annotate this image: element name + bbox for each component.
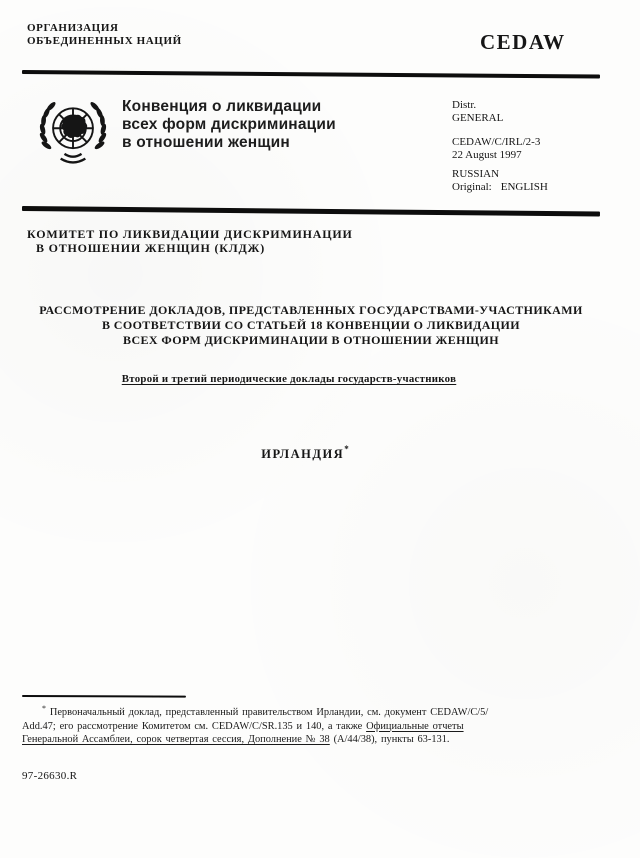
report-title-line3: ВСЕХ ФОРМ ДИСКРИМИНАЦИИ В ОТНОШЕНИИ ЖЕНЩ… xyxy=(22,333,600,348)
distr-label: Distr. xyxy=(452,99,548,112)
committee-line1: КОМИТЕТ ПО ЛИКВИДАЦИИ ДИСКРИМИНАЦИИ xyxy=(27,227,353,241)
original-label: Original: xyxy=(452,181,492,193)
footnote-line2: Add.47; его рассмотрение Комитетом см. C… xyxy=(22,720,616,734)
doc-meta: Distr. GENERAL CEDAW/C/IRL/2-3 22 August… xyxy=(452,99,548,194)
committee-heading: КОМИТЕТ ПО ЛИКВИДАЦИИ ДИСКРИМИНАЦИИ В ОТ… xyxy=(27,227,353,255)
footnote-marker: * xyxy=(42,704,46,713)
footnote-line3-citation: Генеральной Ассамблеи, сорок четвертая с… xyxy=(22,734,330,745)
country-name: ИРЛАНДИЯ* xyxy=(0,444,610,462)
report-title: РАССМОТРЕНИЕ ДОКЛАДОВ, ПРЕДСТАВЛЕННЫХ ГО… xyxy=(22,303,600,348)
original-value: ENGLISH xyxy=(501,181,548,193)
footnote-line3-text: (A/44/38), пункты 63-131. xyxy=(330,734,450,745)
org-name: ОРГАНИЗАЦИЯ ОБЪЕДИНЕННЫХ НАЦИЙ xyxy=(27,22,182,48)
footnote-line1-text: Первоначальный доклад, представленный пр… xyxy=(50,707,488,718)
cedaw-heading: CEDAW xyxy=(480,30,566,55)
report-title-line2: В СООТВЕТСТВИИ СО СТАТЬЕЙ 18 КОНВЕНЦИИ О… xyxy=(22,318,600,333)
doc-language: RUSSIAN xyxy=(452,168,548,181)
doc-date: 22 August 1997 xyxy=(452,149,548,162)
convention-title: Конвенция о ликвидации всех форм дискрим… xyxy=(122,98,336,152)
convention-line3: в отношении женщин xyxy=(122,134,336,152)
doc-symbol: CEDAW/C/IRL/2-3 xyxy=(452,136,548,149)
report-title-line1: РАССМОТРЕНИЕ ДОКЛАДОВ, ПРЕДСТАВЛЕННЫХ ГО… xyxy=(22,303,600,318)
footnote-line2-citation: Официальные отчеты xyxy=(366,721,463,732)
footnote-line2-text: Add.47; его рассмотрение Комитетом см. C… xyxy=(22,721,366,732)
doc-number: 97-26630.R xyxy=(22,770,77,782)
meta-gap xyxy=(452,125,548,136)
distr-value: GENERAL xyxy=(452,112,548,125)
footnote-separator xyxy=(22,695,186,698)
org-name-line2: ОБЪЕДИНЕННЫХ НАЦИЙ xyxy=(27,35,182,48)
country-name-text: ИРЛАНДИЯ xyxy=(261,447,344,461)
un-emblem-icon xyxy=(36,98,110,173)
scanned-document-page: ОРГАНИЗАЦИЯ ОБЪЕДИНЕННЫХ НАЦИЙ CEDAW xyxy=(0,0,640,858)
footnote: * Первоначальный доклад, представленный … xyxy=(22,702,616,747)
org-name-line1: ОРГАНИЗАЦИЯ xyxy=(27,22,182,35)
section-rule xyxy=(22,206,600,217)
footnote-line1: * Первоначальный доклад, представленный … xyxy=(22,702,616,720)
doc-original: Original:ENGLISH xyxy=(452,181,548,194)
header-rule-top xyxy=(22,70,600,79)
convention-line2: всех форм дискриминации xyxy=(122,116,336,134)
convention-line1: Конвенция о ликвидации xyxy=(122,98,336,116)
country-footnote-marker: * xyxy=(344,444,349,454)
committee-line2: В ОТНОШЕНИИ ЖЕНЩИН (КЛДЖ) xyxy=(27,241,353,255)
report-subtitle: Второй и третий периодические доклады го… xyxy=(0,373,578,385)
footnote-line3: Генеральной Ассамблеи, сорок четвертая с… xyxy=(22,733,616,747)
